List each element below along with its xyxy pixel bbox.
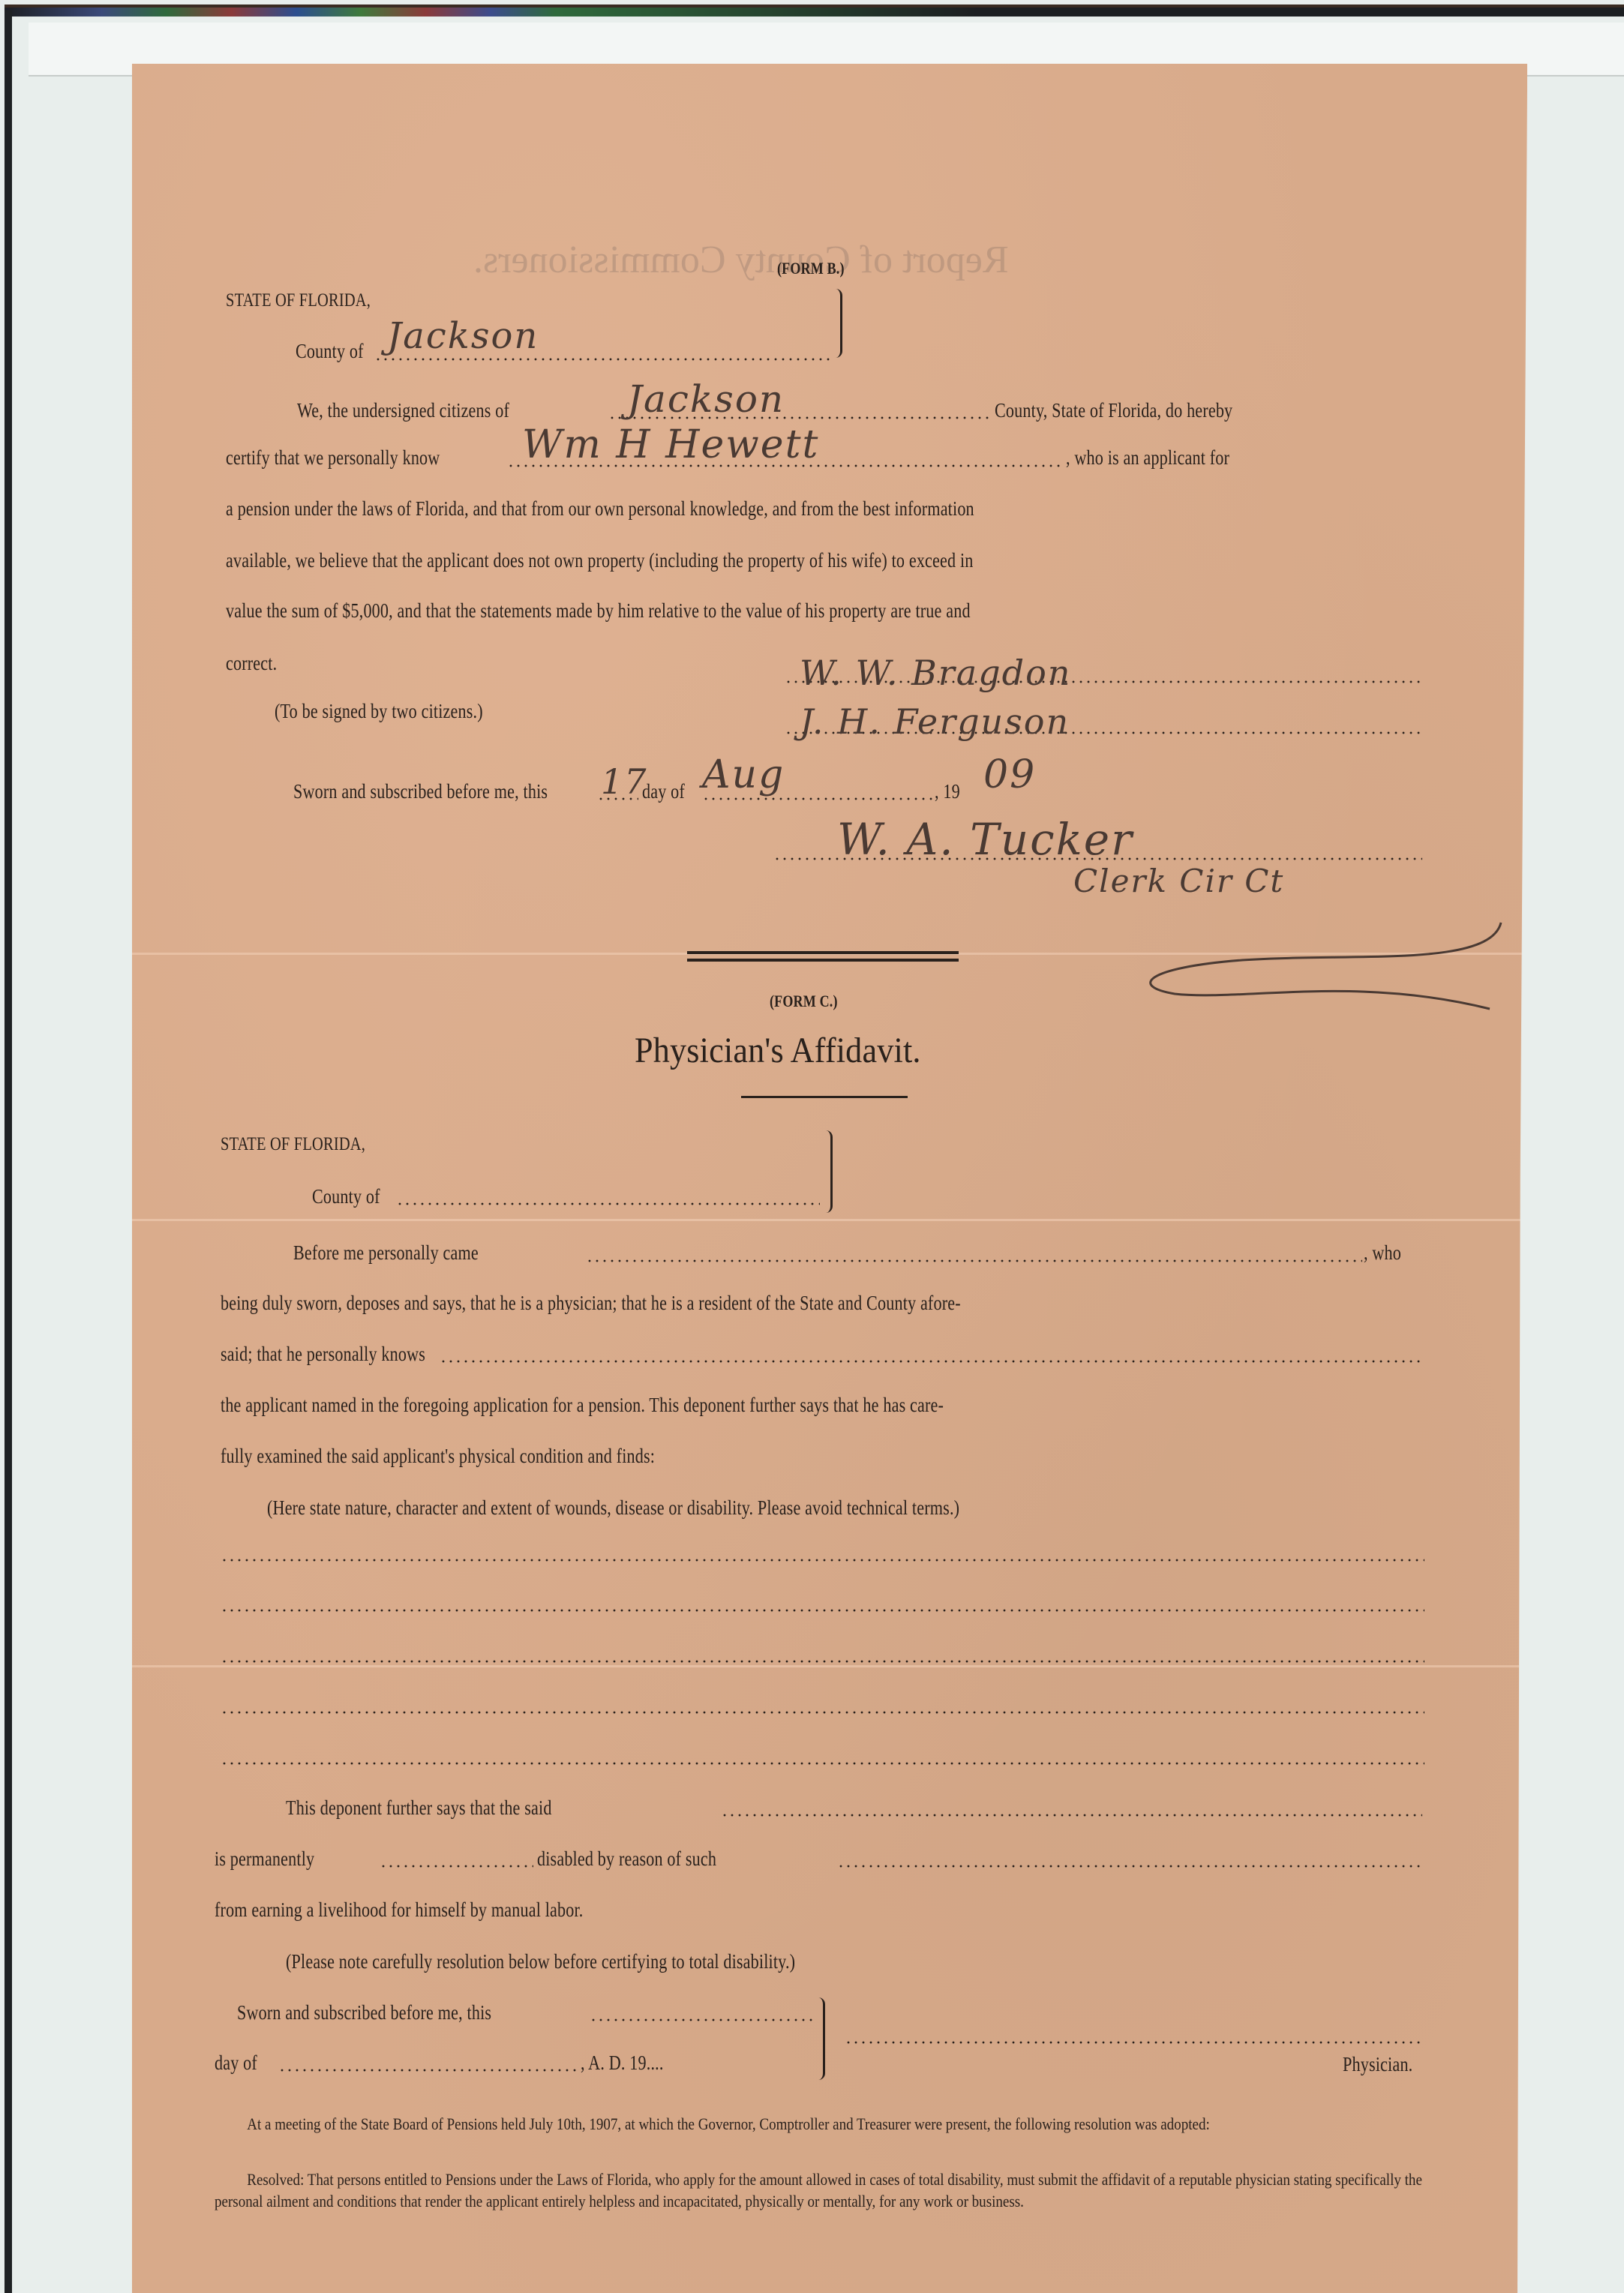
sworn-day-handwritten: 17	[601, 761, 648, 802]
physician-label: Physician.	[1343, 2053, 1412, 2076]
disability-reason-line	[837, 1865, 1422, 1868]
form-c-line6: This deponent further says that the said	[286, 1796, 552, 1820]
form-c-line1-a: Before me personally came	[293, 1241, 479, 1265]
jurat-text-a: Sworn and subscribed before me, this	[237, 2001, 491, 2024]
form-c-line8: from earning a livelihood for himself by…	[215, 1898, 584, 1922]
document-page: Report of County Commissioners. (FORM B.…	[132, 64, 1527, 2293]
form-b-para4: available, we believe that the applicant…	[226, 549, 974, 572]
form-b-brace	[836, 289, 842, 358]
section-divider-bottom	[687, 959, 959, 962]
form-b-para1-b: County, State of Florida, do hereby	[995, 399, 1232, 422]
form-b-para2-b: , who is an applicant for	[1066, 446, 1229, 470]
form-c-line7-a: is permanently	[215, 1847, 314, 1871]
signature-1-handwritten: W. W. Bragdon	[800, 653, 1071, 693]
paper-fold	[132, 1219, 1527, 1221]
title-underline	[741, 1096, 908, 1098]
sworn-text-a: Sworn and subscribed before me, this	[293, 780, 548, 803]
resolution-intro: At a meeting of the State Board of Pensi…	[215, 2113, 1434, 2135]
jurat-day-line	[590, 2018, 815, 2021]
jurat-month-line	[278, 2069, 578, 2072]
form-c-line3: said; that he personally knows	[221, 1343, 425, 1366]
form-c-instructions: (Here state nature, character and extent…	[267, 1496, 959, 1520]
applicant-name-handwritten: Wm H Hewett	[522, 422, 819, 467]
form-c-line4: the applicant named in the foregoing app…	[221, 1394, 944, 1417]
physician-name-line	[586, 1259, 1362, 1262]
applicant-known-line	[440, 1360, 1422, 1363]
jurat-text-c: , A. D. 19....	[581, 2051, 664, 2075]
form-c-state: STATE OF FLORIDA,	[221, 1134, 365, 1155]
form-c-line7-b: disabled by reason of such	[537, 1847, 716, 1871]
form-b-label: (FORM B.)	[777, 259, 845, 278]
scanner-frame-top	[5, 8, 1624, 17]
form-b-county-line	[374, 358, 832, 361]
physician-signature-line	[845, 2041, 1422, 2044]
permanently-line	[380, 1865, 533, 1868]
form-b-para5: value the sum of $5,000, and that the st…	[226, 599, 971, 623]
signature-flourish	[1130, 915, 1520, 1013]
form-b-para6: correct.	[226, 652, 277, 675]
scanner-frame-left	[5, 11, 12, 2293]
signers-note: (To be signed by two citizens.)	[275, 700, 483, 723]
form-b-state: STATE OF FLORIDA,	[226, 290, 371, 311]
bleed-through-title: Report of County Commissioners.	[473, 238, 1009, 282]
form-b-county-label: County of	[296, 340, 364, 363]
form-c-line2: being duly sworn, deposes and says, that…	[221, 1292, 961, 1315]
official-title-handwritten: Clerk Cir Ct	[1073, 863, 1284, 899]
sworn-month-handwritten: Aug	[702, 752, 785, 797]
form-c-county-line	[396, 1202, 820, 1205]
form-c-line5: fully examined the said applicant's phys…	[221, 1445, 655, 1468]
findings-line-3	[221, 1660, 1424, 1663]
section-divider-top	[687, 951, 959, 954]
findings-line-5	[221, 1762, 1424, 1765]
official-signature-handwritten: W. A. Tucker	[837, 814, 1133, 865]
sworn-text-b: day of	[642, 780, 685, 803]
form-c-line1-b: , who	[1364, 1241, 1401, 1265]
jurat-text-b: day of	[215, 2051, 257, 2075]
signature-2-handwritten: J. H. Ferguson	[800, 701, 1070, 742]
sworn-year-prefix: , 19	[935, 780, 960, 803]
form-b-para2-a: certify that we personally know	[226, 446, 440, 470]
sworn-year-handwritten: 09	[983, 752, 1036, 797]
paper-fold	[132, 1665, 1527, 1667]
form-b-para1-a: We, the undersigned citizens of	[297, 399, 509, 422]
form-c-brace	[826, 1130, 833, 1213]
said-applicant-line	[721, 1814, 1422, 1817]
form-c-county-label: County of	[312, 1185, 380, 1208]
jurat-brace	[818, 1997, 825, 2080]
form-b-para3: a pension under the laws of Florida, and…	[226, 497, 974, 521]
form-c-label: (FORM C.)	[770, 992, 838, 1011]
findings-line-4	[221, 1711, 1424, 1714]
form-c-note: (Please note carefully resolution below …	[286, 1950, 795, 1973]
form-b-county-handwritten: Jackson	[387, 315, 539, 357]
sworn-month-line	[702, 797, 935, 800]
affidavit-title: Physician's Affidavit.	[635, 1030, 921, 1071]
form-b-para1-county-handwritten: Jackson	[627, 377, 785, 421]
findings-line-2	[221, 1609, 1424, 1612]
resolution-text: Resolved: That persons entitled to Pensi…	[215, 2168, 1434, 2212]
findings-line-1	[221, 1559, 1424, 1562]
